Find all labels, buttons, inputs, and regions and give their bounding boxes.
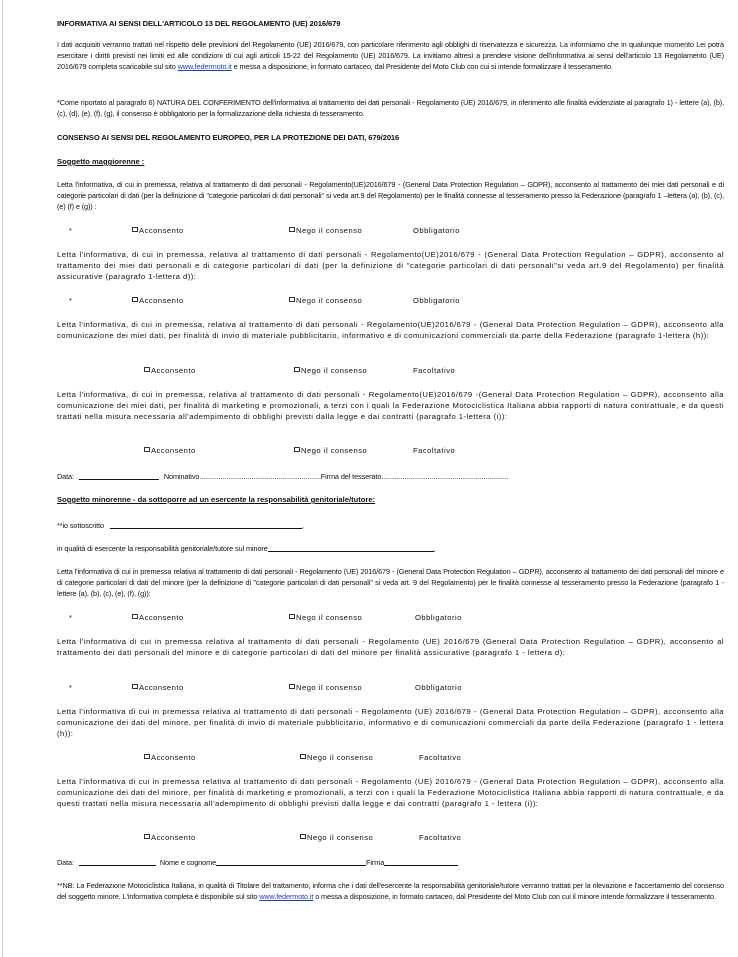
- adult-clause-2-options: * Acconsento Nego il consenso Obbligator…: [57, 296, 724, 308]
- intro-text-end: e messa a disposizione, in formato carta…: [232, 62, 613, 71]
- checkbox-icon[interactable]: [132, 297, 138, 302]
- checkbox-icon[interactable]: [289, 227, 295, 232]
- consent-option[interactable]: Acconsento: [144, 366, 196, 375]
- minor-section-heading: Soggetto minorenne - da sottoporre ad un…: [57, 495, 724, 504]
- signature-label: Firma del tesserato: [321, 472, 382, 481]
- checkbox-icon[interactable]: [294, 447, 300, 452]
- checkbox-icon[interactable]: [144, 447, 150, 452]
- minor-clause-3: Letta l'informativa di cui in premessa r…: [57, 707, 724, 739]
- adult-section-heading: Soggetto maggiorenne :: [57, 157, 724, 166]
- undersigned-label: **io sottoscritto: [57, 521, 104, 530]
- consent-label: Acconsento: [151, 833, 196, 842]
- undersigned-field[interactable]: [110, 520, 302, 529]
- minor-clause-1-options: * Acconsento Nego il consenso Obbligator…: [57, 613, 724, 625]
- checkbox-icon[interactable]: [289, 684, 295, 689]
- deny-option[interactable]: Nego il consenso: [300, 833, 373, 842]
- adult-clause-1: Letta l'informativa, di cui in premessa,…: [57, 180, 724, 212]
- deny-label: Nego il consenso: [296, 226, 362, 235]
- deny-option[interactable]: Nego il consenso: [300, 753, 373, 762]
- status-label: Obbligatorio: [415, 613, 462, 622]
- deny-label: Nego il consenso: [301, 446, 367, 455]
- document-title: INFORMATIVA AI SENSI DELL'ARTICOLO 13 DE…: [57, 19, 724, 28]
- date-label: Data:: [57, 858, 74, 867]
- footnote-text-end: o messa a disposizione, in formato carta…: [313, 892, 716, 901]
- minor-clause-4-options: Acconsento Nego il consenso Facoltativo: [57, 833, 724, 845]
- checkbox-icon[interactable]: [294, 367, 300, 372]
- date-label: Data:: [57, 472, 74, 481]
- checkbox-icon[interactable]: [144, 367, 150, 372]
- date-field[interactable]: [79, 471, 159, 480]
- minor-clause-4: Letta l'informativa di cui in premessa r…: [57, 777, 724, 809]
- status-label: Facoltativo: [419, 753, 461, 762]
- status-label: Obbligatorio: [413, 296, 460, 305]
- required-marker: *: [69, 613, 72, 622]
- signature-label: Firma: [366, 858, 384, 867]
- date-field[interactable]: [79, 857, 156, 866]
- minor-clause-2: Letta l'informativa di cui in premessa r…: [57, 637, 724, 659]
- guardian-row: in qualità di esercente la responsabilit…: [57, 543, 436, 553]
- obligatory-note: *Come riportato al paragrafo 6) NATURA D…: [57, 98, 724, 120]
- guardian-footnote: **NB: La Federazione Motociclistica Ital…: [57, 881, 724, 903]
- name-field[interactable]: ........................................…: [199, 472, 320, 481]
- deny-label: Nego il consenso: [307, 753, 373, 762]
- consent-label: Acconsento: [151, 446, 196, 455]
- checkbox-icon[interactable]: [144, 754, 150, 759]
- status-label: Obbligatorio: [413, 226, 460, 235]
- minor-name-field[interactable]: [268, 543, 434, 552]
- minor-signature-row: Data: Nome e cognomeFirma: [57, 857, 458, 867]
- consent-option[interactable]: Acconsento: [132, 296, 184, 305]
- deny-label: Nego il consenso: [296, 296, 362, 305]
- consent-label: Acconsento: [139, 296, 184, 305]
- adult-clause-4-options: Acconsento Nego il consenso Facoltativo: [57, 446, 724, 458]
- consent-option[interactable]: Acconsento: [132, 613, 184, 622]
- federmoto-link[interactable]: www.federmoto.it: [178, 62, 232, 71]
- undersigned-row: **io sottoscritto ,: [57, 520, 304, 530]
- deny-option[interactable]: Nego il consenso: [289, 296, 362, 305]
- required-marker: *: [69, 296, 72, 305]
- consent-option[interactable]: Acconsento: [144, 446, 196, 455]
- page-edge: [2, 0, 3, 957]
- consent-option[interactable]: Acconsento: [132, 683, 184, 692]
- consent-label: Acconsento: [151, 753, 196, 762]
- checkbox-icon[interactable]: [300, 754, 306, 759]
- consent-option[interactable]: Acconsento: [144, 753, 196, 762]
- checkbox-icon[interactable]: [132, 614, 138, 619]
- name-field[interactable]: [216, 857, 366, 866]
- status-label: Facoltativo: [419, 833, 461, 842]
- deny-option[interactable]: Nego il consenso: [289, 613, 362, 622]
- adult-clause-3-options: Acconsento Nego il consenso Facoltativo: [57, 366, 724, 378]
- minor-clause-1: Letta l'informativa di cui in premessa r…: [57, 567, 724, 599]
- consent-label: Acconsento: [139, 683, 184, 692]
- required-marker: *: [69, 683, 72, 692]
- checkbox-icon[interactable]: [132, 227, 138, 232]
- checkbox-icon[interactable]: [132, 684, 138, 689]
- adult-clause-2: Letta l'informativa, di cui in premessa,…: [57, 250, 724, 282]
- deny-option[interactable]: Nego il consenso: [294, 446, 367, 455]
- deny-label: Nego il consenso: [296, 683, 362, 692]
- checkbox-icon[interactable]: [144, 834, 150, 839]
- consent-heading: CONSENSO AI SENSI DEL REGOLAMENTO EUROPE…: [57, 133, 724, 142]
- consent-label: Acconsento: [139, 226, 184, 235]
- checkbox-icon[interactable]: [289, 614, 295, 619]
- intro-paragraph: I dati acquisiti verranno trattati nel r…: [57, 40, 724, 72]
- adult-signature-row: Data: Nominativo........................…: [57, 471, 509, 481]
- deny-option[interactable]: Nego il consenso: [289, 226, 362, 235]
- deny-label: Nego il consenso: [301, 366, 367, 375]
- deny-label: Nego il consenso: [296, 613, 362, 622]
- consent-option[interactable]: Acconsento: [132, 226, 184, 235]
- consent-label: Acconsento: [139, 613, 184, 622]
- consent-label: Acconsento: [151, 366, 196, 375]
- checkbox-icon[interactable]: [289, 297, 295, 302]
- checkbox-icon[interactable]: [300, 834, 306, 839]
- adult-clause-1-options: * Acconsento Nego il consenso Obbligator…: [57, 226, 724, 238]
- guardian-label: in qualità di esercente la responsabilit…: [57, 544, 268, 553]
- signature-field[interactable]: [384, 857, 458, 866]
- required-marker: *: [69, 226, 72, 235]
- consent-option[interactable]: Acconsento: [144, 833, 196, 842]
- deny-label: Nego il consenso: [307, 833, 373, 842]
- adult-clause-3: Letta l'informativa, di cui in premessa,…: [57, 320, 724, 342]
- minor-clause-2-options: * Acconsento Nego il consenso Obbligator…: [57, 683, 724, 695]
- deny-option[interactable]: Nego il consenso: [289, 683, 362, 692]
- status-label: Facoltativo: [413, 446, 455, 455]
- deny-option[interactable]: Nego il consenso: [294, 366, 367, 375]
- minor-clause-3-options: Acconsento Nego il consenso Facoltativo: [57, 753, 724, 765]
- name-label: Nominativo: [164, 472, 200, 481]
- adult-clause-4: Letta l'informativa, di cui in premessa,…: [57, 390, 724, 422]
- status-label: Obbligatorio: [415, 683, 462, 692]
- name-label: Nome e cognome: [160, 858, 216, 867]
- signature-field[interactable]: ........................................…: [381, 472, 508, 481]
- federmoto-link[interactable]: www.federmoto.it: [259, 892, 313, 901]
- status-label: Facoltativo: [413, 366, 455, 375]
